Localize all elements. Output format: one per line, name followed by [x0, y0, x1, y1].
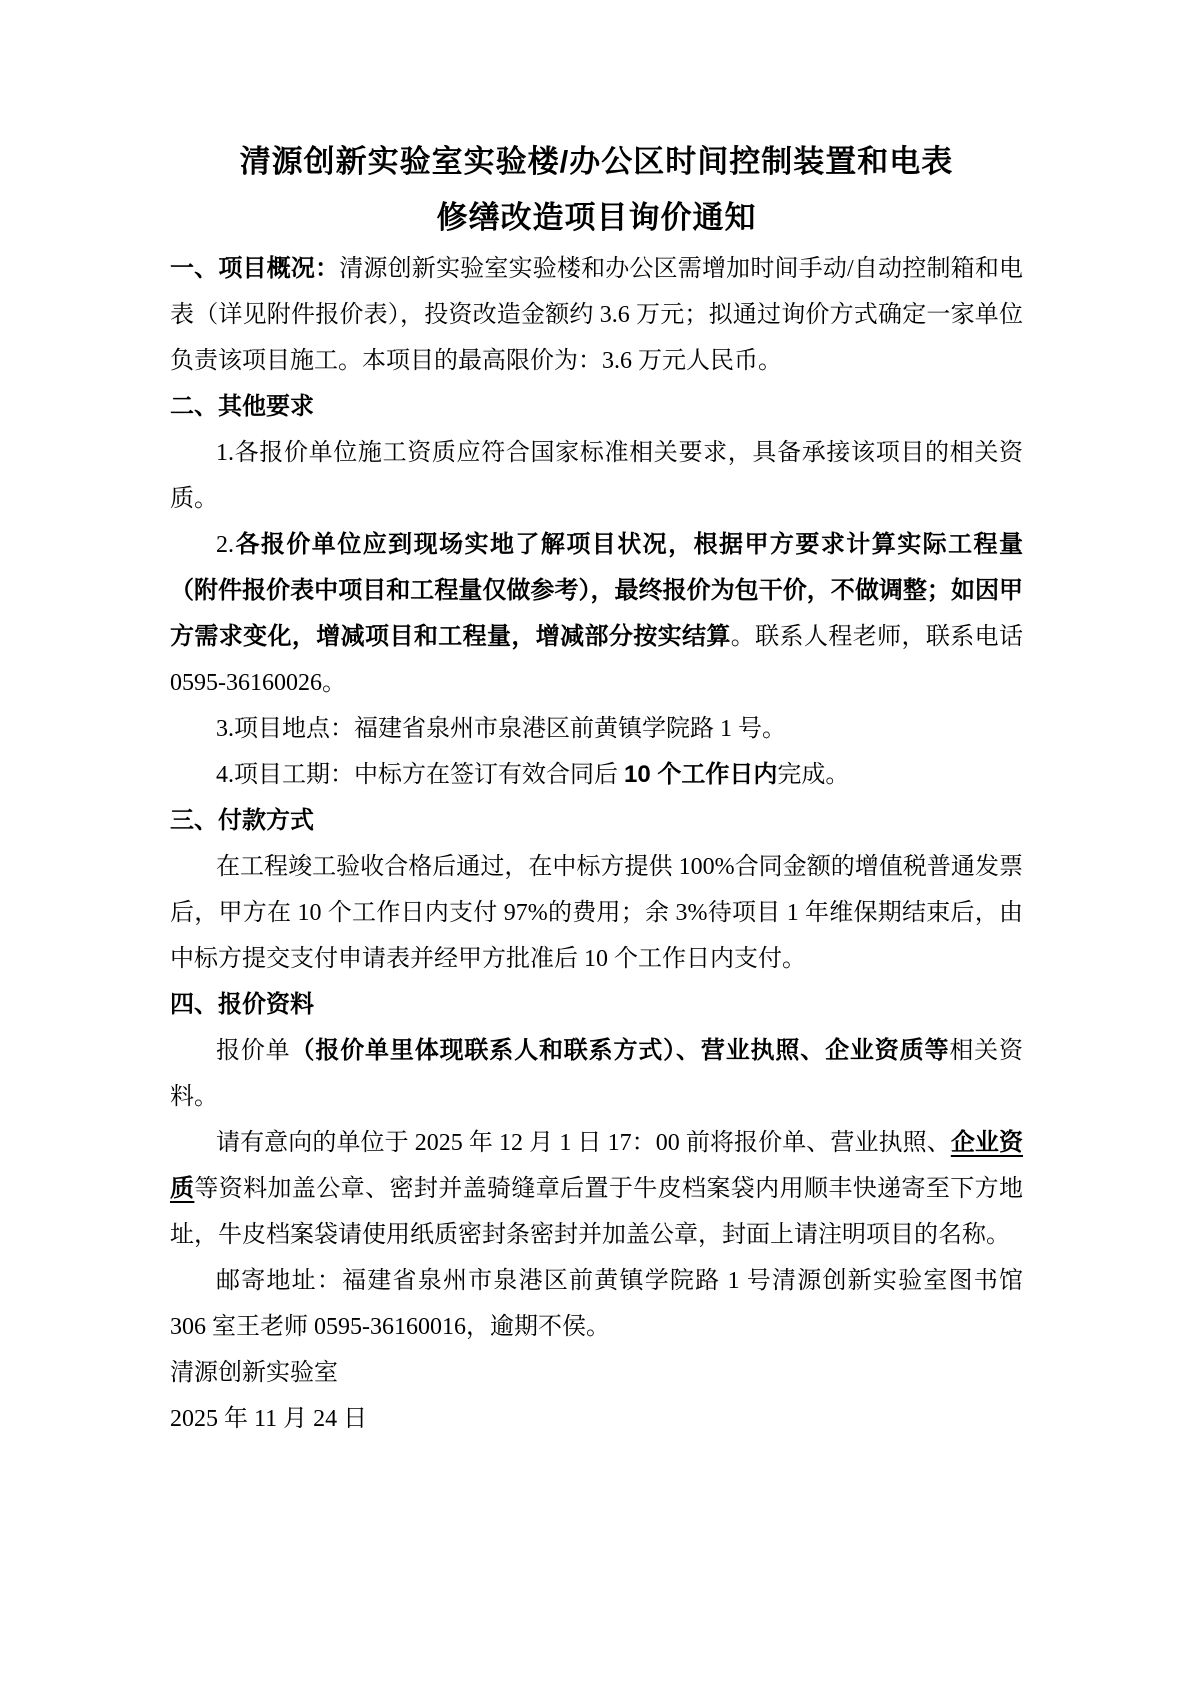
- section4-p1-pre: 报价单: [216, 1038, 291, 1064]
- section2-item4-post: 完成。: [777, 762, 849, 788]
- section2-item2-number: 2.: [216, 532, 234, 558]
- section4-p1-bold-text: （报价单里体现联系人和联系方式）、营业执照、企业资质等: [291, 1037, 950, 1064]
- section4-paragraph1: 报价单（报价单里体现联系人和联系方式）、营业执照、企业资质等相关资料。: [170, 1028, 1023, 1120]
- section2-item4: 4.项目工期：中标方在签订有效合同后 10 个工作日内完成。: [170, 752, 1023, 798]
- section1-paragraph: 一、项目概况：清源创新实验室实验楼和办公区需增加时间手动/自动控制箱和电表（详见…: [170, 246, 1023, 384]
- section3-paragraph: 在工程竣工验收合格后通过，在中标方提供 100%合同金额的增值税普通发票后，甲方…: [170, 844, 1023, 982]
- section2-item3: 3.项目地点：福建省泉州市泉港区前黄镇学院路 1 号。: [170, 706, 1023, 752]
- section4-paragraph3-mailing-address: 邮寄地址：福建省泉州市泉港区前黄镇学院路 1 号清源创新实验室图书馆 306 室…: [170, 1258, 1023, 1350]
- document-title-line1: 清源创新实验室实验楼/办公区时间控制装置和电表: [170, 134, 1023, 190]
- section2-item1: 1.各报价单位施工资质应符合国家标准相关要求，具备承接该项目的相关资质。: [170, 430, 1023, 522]
- section2-item4-pre: 4.项目工期：中标方在签订有效合同后: [216, 762, 624, 788]
- signature-organization: 清源创新实验室: [170, 1350, 1023, 1396]
- section2-heading: 二、其他要求: [170, 384, 1023, 430]
- document-title-line2: 修缮改造项目询价通知: [170, 190, 1023, 246]
- section4-heading: 四、报价资料: [170, 982, 1023, 1028]
- section2-item4-bold-duration: 10 个工作日内: [624, 761, 777, 788]
- section4-p2-pre: 请有意向的单位于 2025 年 12 月 1 日 17：00 前将报价单、营业执…: [216, 1130, 951, 1156]
- document-page: 清源创新实验室实验楼/办公区时间控制装置和电表 修缮改造项目询价通知 一、项目概…: [0, 0, 1191, 1684]
- section2-item2: 2.各报价单位应到现场实地了解项目状况，根据甲方要求计算实际工程量（附件报价表中…: [170, 522, 1023, 706]
- section4-p2-post: 等资料加盖公章、密封并盖骑缝章后置于牛皮档案袋内用顺丰快递寄至下方地址，牛皮档案…: [170, 1176, 1023, 1248]
- section4-paragraph2: 请有意向的单位于 2025 年 12 月 1 日 17：00 前将报价单、营业执…: [170, 1120, 1023, 1258]
- section3-heading: 三、付款方式: [170, 798, 1023, 844]
- signature-date: 2025 年 11 月 24 日: [170, 1396, 1023, 1442]
- section1-heading: 一、项目概况：: [170, 255, 339, 282]
